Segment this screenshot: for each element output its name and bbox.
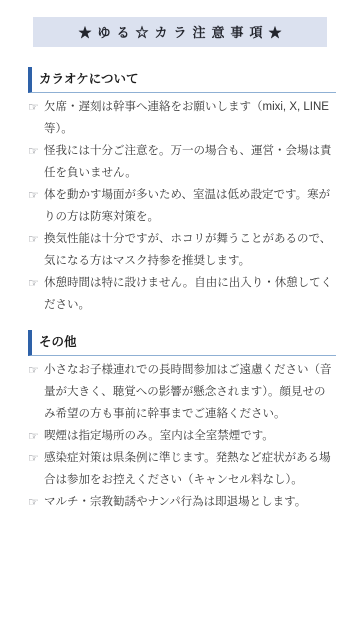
- notice-text: 感染症対策は県条例に準じます。発熱など症状がある場合は参加をお控えください（キャ…: [44, 447, 336, 491]
- list-item: ☞ 喫煙は指定場所のみ。室内は全室禁煙です。: [28, 425, 336, 447]
- page-title-text: ★ゆる☆カラ注意事項★: [78, 25, 287, 40]
- notice-text: 怪我には十分ご注意を。万一の場合も、運営・会場は責任を負いません。: [44, 140, 336, 184]
- notice-list: ☞ 欠席・遅刻は幹事へ連絡をお願いします（mixi, X, LINE 等）。 ☞…: [28, 96, 336, 316]
- list-item: ☞ 休憩時間は特に設けません。自由に出入り・休憩してください。: [28, 272, 336, 316]
- list-item: ☞ マルチ・宗教勧誘やナンパ行為は即退場とします。: [28, 491, 336, 513]
- notice-text: 休憩時間は特に設けません。自由に出入り・休憩してください。: [44, 272, 336, 316]
- section-heading: カラオケについて: [28, 67, 336, 93]
- notice-text: 喫煙は指定場所のみ。室内は全室禁煙です。: [44, 425, 336, 447]
- notice-text: マルチ・宗教勧誘やナンパ行為は即退場とします。: [44, 491, 336, 513]
- notice-text: 欠席・遅刻は幹事へ連絡をお願いします（mixi, X, LINE 等）。: [44, 96, 336, 140]
- notice-content: カラオケについて ☞ 欠席・遅刻は幹事へ連絡をお願いします（mixi, X, L…: [28, 67, 336, 513]
- pointing-hand-icon: ☞: [28, 140, 44, 162]
- pointing-hand-icon: ☞: [28, 96, 44, 118]
- list-item: ☞ 怪我には十分ご注意を。万一の場合も、運営・会場は責任を負いません。: [28, 140, 336, 184]
- section-heading: その他: [28, 330, 336, 356]
- page-title: ★ゆる☆カラ注意事項★: [33, 17, 327, 47]
- section-karaoke: カラオケについて ☞ 欠席・遅刻は幹事へ連絡をお願いします（mixi, X, L…: [28, 67, 336, 316]
- notice-text: 換気性能は十分ですが、ホコリが舞うことがあるので、気になる方はマスク持参を推奨し…: [44, 228, 336, 272]
- list-item: ☞ 欠席・遅刻は幹事へ連絡をお願いします（mixi, X, LINE 等）。: [28, 96, 336, 140]
- list-item: ☞ 換気性能は十分ですが、ホコリが舞うことがあるので、気になる方はマスク持参を推…: [28, 228, 336, 272]
- pointing-hand-icon: ☞: [28, 447, 44, 469]
- pointing-hand-icon: ☞: [28, 491, 44, 513]
- pointing-hand-icon: ☞: [28, 184, 44, 206]
- notice-list: ☞ 小さなお子様連れでの長時間参加はご遠慮ください（音量が大きく、聴覚への影響が…: [28, 359, 336, 513]
- pointing-hand-icon: ☞: [28, 425, 44, 447]
- notice-text: 体を動かす場面が多いため、室温は低め設定です。寒がりの方は防寒対策を。: [44, 184, 336, 228]
- notice-text: 小さなお子様連れでの長時間参加はご遠慮ください（音量が大きく、聴覚への影響が懸念…: [44, 359, 336, 425]
- list-item: ☞ 小さなお子様連れでの長時間参加はご遠慮ください（音量が大きく、聴覚への影響が…: [28, 359, 336, 425]
- list-item: ☞ 体を動かす場面が多いため、室温は低め設定です。寒がりの方は防寒対策を。: [28, 184, 336, 228]
- pointing-hand-icon: ☞: [28, 272, 44, 294]
- pointing-hand-icon: ☞: [28, 228, 44, 250]
- pointing-hand-icon: ☞: [28, 359, 44, 381]
- section-other: その他 ☞ 小さなお子様連れでの長時間参加はご遠慮ください（音量が大きく、聴覚へ…: [28, 330, 336, 513]
- list-item: ☞ 感染症対策は県条例に準じます。発熱など症状がある場合は参加をお控えください（…: [28, 447, 336, 491]
